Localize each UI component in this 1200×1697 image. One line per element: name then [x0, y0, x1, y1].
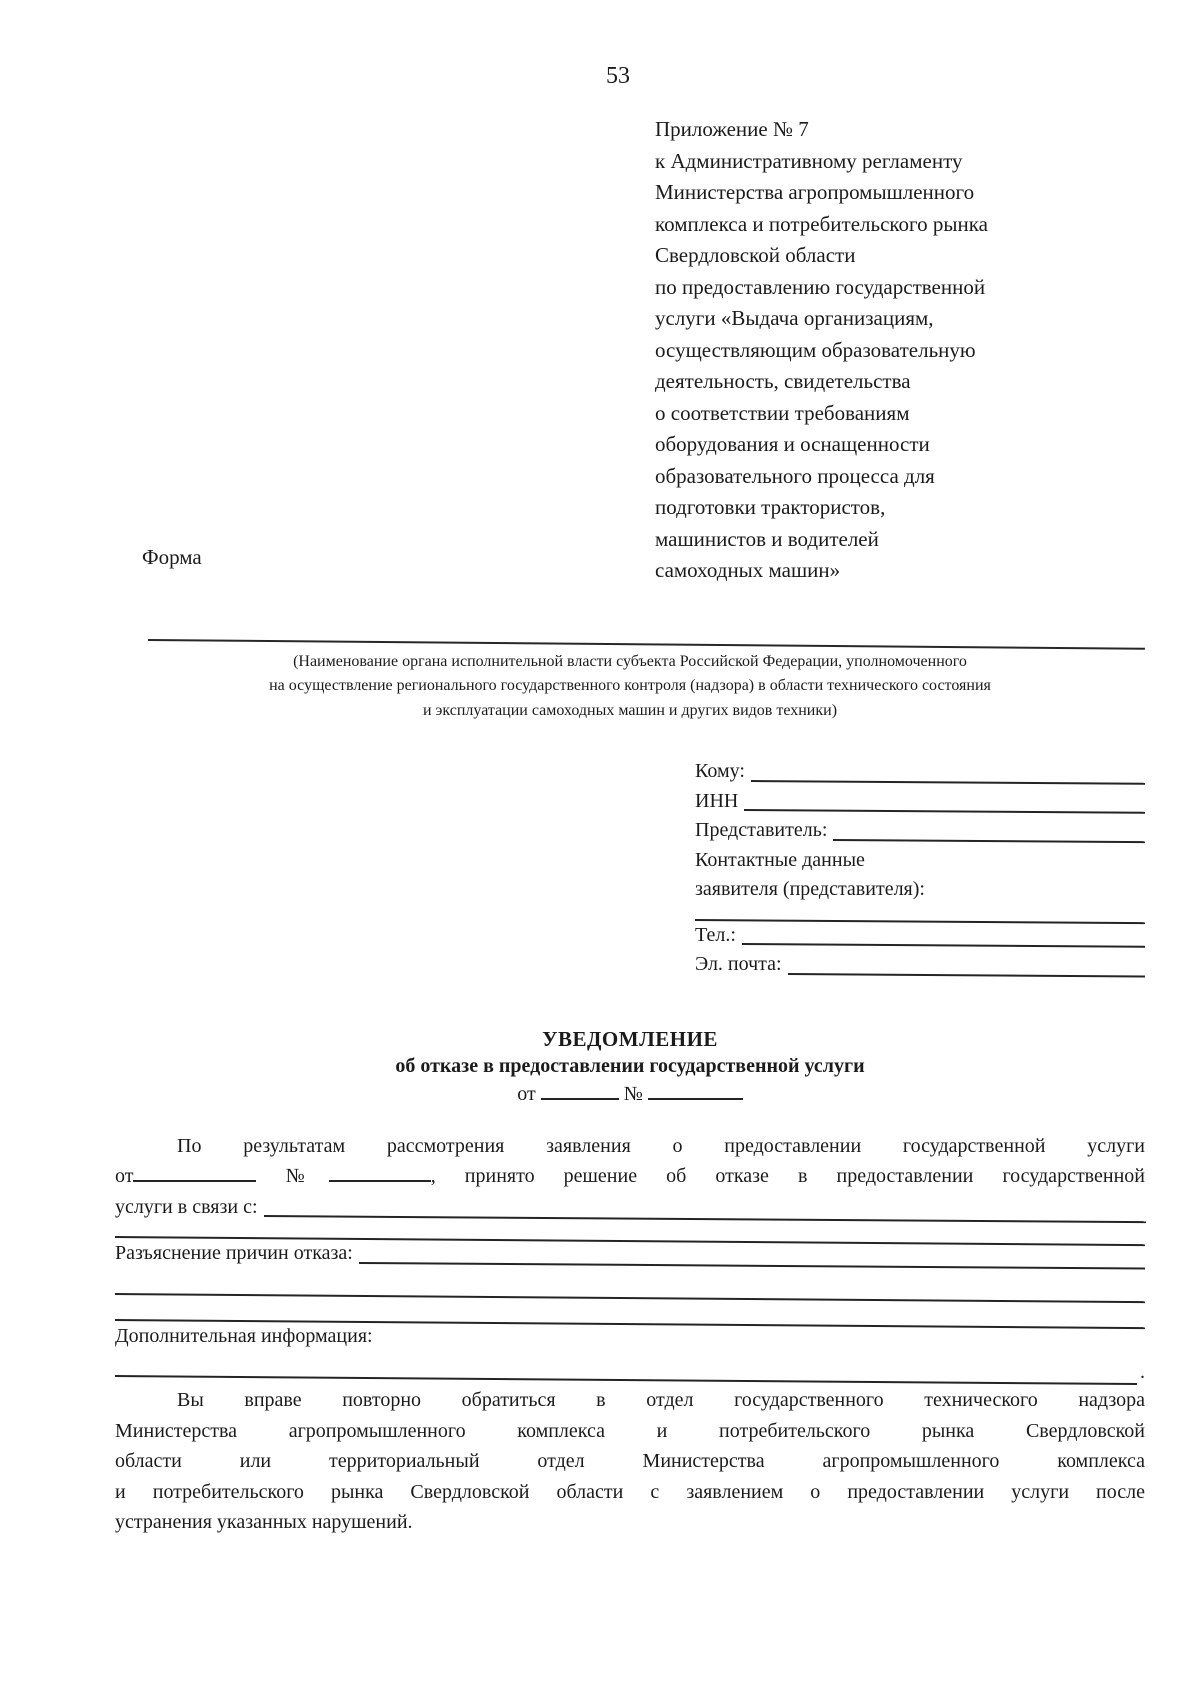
application-number-line: [329, 1180, 431, 1182]
application-date-line: [133, 1180, 256, 1182]
form-label: Форма: [142, 542, 202, 587]
email-field-line: [788, 973, 1145, 977]
trailing-period: .: [1137, 1367, 1145, 1377]
document-page: 53 Форма Приложение № 7к Административно…: [0, 0, 1200, 1697]
refusal-cause-line: [264, 1215, 1145, 1223]
notice-number-label: №: [624, 1083, 643, 1105]
decision-paragraph: По результатам рассмотрения заявления о …: [115, 1131, 1145, 1223]
to-label: Кому:: [695, 757, 745, 787]
phone-label: Тел.:: [695, 921, 736, 951]
issuer-caption: (Наименование органа исполнительной влас…: [115, 650, 1145, 724]
notice-date-number: от №: [115, 1080, 1145, 1108]
refusal-reasons-label: Разъяснение причин отказа:: [115, 1238, 353, 1269]
inn-field-line: [744, 809, 1145, 814]
inn-row: ИНН: [695, 787, 1145, 817]
application-date-label: от: [115, 1165, 133, 1187]
additional-info-row: .: [115, 1351, 1145, 1377]
phone-row: Тел.:: [695, 921, 1145, 951]
representative-label: Представитель:: [695, 816, 827, 846]
notice-date-line: [541, 1098, 619, 1100]
notice-heading: УВЕДОМЛЕНИЕ об отказе в предоставлении г…: [115, 1026, 1145, 1108]
to-field-line: [751, 780, 1145, 785]
notice-number-line: [648, 1098, 743, 1100]
decision-line-3: услуги в связи с:: [115, 1192, 1145, 1223]
page-number: 53: [91, 64, 1145, 88]
representative-row: Представитель:: [695, 816, 1145, 846]
notice-title: УВЕДОМЛЕНИЕ: [115, 1026, 1145, 1053]
application-number-label: №: [286, 1165, 329, 1187]
notice-date-label: от: [517, 1083, 535, 1105]
notice-subtitle: об отказе в предоставлении государственн…: [115, 1053, 1145, 1080]
recipient-block: Кому: ИНН Представитель: Контактные данн…: [695, 757, 1145, 980]
contact-note: Контактные данныезаявителя (представител…: [695, 846, 1145, 905]
appendix-reference: Приложение № 7к Административному реглам…: [655, 114, 1145, 587]
email-label: Эл. почта:: [695, 950, 782, 980]
representative-field-line: [833, 839, 1145, 843]
decision-line-2: от №, принято решение об отказе в предос…: [115, 1161, 1145, 1192]
refusal-reasons-line: [359, 1262, 1145, 1269]
closing-paragraph: Вы вправе повторно обратиться в отдел го…: [115, 1385, 1145, 1538]
additional-info-line: [115, 1375, 1137, 1385]
refusal-cause-label: услуги в связи с:: [115, 1192, 258, 1223]
header-row: Форма Приложение № 7к Административному …: [115, 114, 1145, 587]
to-row: Кому:: [695, 757, 1145, 787]
issuer-name-line: [148, 639, 1145, 650]
email-row: Эл. почта:: [695, 950, 1145, 980]
inn-label: ИНН: [695, 787, 738, 817]
decision-line-2-text: , принято решение об отказе в предоставл…: [431, 1165, 1145, 1187]
phone-field-line: [742, 943, 1145, 948]
decision-line-1: По результатам рассмотрения заявления о …: [115, 1131, 1145, 1162]
contact-row: [695, 909, 1145, 921]
